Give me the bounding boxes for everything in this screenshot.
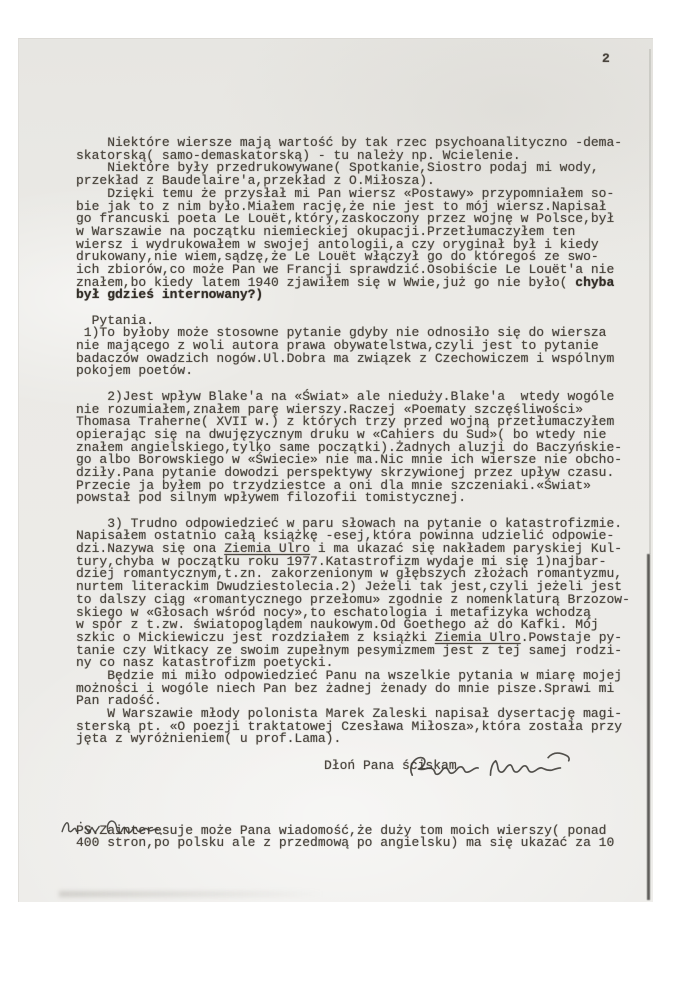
scan-background: 2 Niektóre wiersze mają wartość by tak r… xyxy=(0,0,689,1004)
page-number: 2 xyxy=(602,51,610,66)
scan-smudge xyxy=(59,891,324,897)
emphasized-text: chyba xyxy=(575,275,614,290)
text-line: powstał pod silnym wpływem filozofii tom… xyxy=(76,492,644,505)
letter-page: 2 Niektóre wiersze mają wartość by tak r… xyxy=(18,38,653,902)
paragraph: 2)Jest wpływ Blake'a na «Świat» ale nied… xyxy=(76,391,644,505)
text-line: był gdzieś internowany?) xyxy=(76,289,644,302)
handwritten-note xyxy=(57,814,165,841)
paragraph: Niektóre wiersze mają wartość by tak rze… xyxy=(76,137,644,162)
paragraph: Pytania. 1)To byłoby może stosowne pytan… xyxy=(76,315,644,378)
paragraph: Niektóre były przedrukowywane( Spotkanie… xyxy=(76,162,644,187)
scan-edge-soft xyxy=(649,49,651,554)
paragraph: Będzie mi miło odpowiedzieć Panu na wsze… xyxy=(76,670,644,708)
emphasized-text: był gdzieś internowany?) xyxy=(76,287,263,302)
paragraph: 3) Trudno odpowiedzieć w paru słowach na… xyxy=(76,518,644,670)
text-line: pokojem poetów. xyxy=(76,365,644,378)
paragraph: Dzięki temu że przysłał mi Pan wiersz «P… xyxy=(76,188,644,302)
signature-handwriting xyxy=(404,744,579,794)
paragraph: W Warszawie młody polonista Marek Zalesk… xyxy=(76,708,644,746)
scan-edge-shadow xyxy=(647,554,650,900)
letter-body: Niektóre wiersze mają wartość by tak rze… xyxy=(76,99,644,850)
